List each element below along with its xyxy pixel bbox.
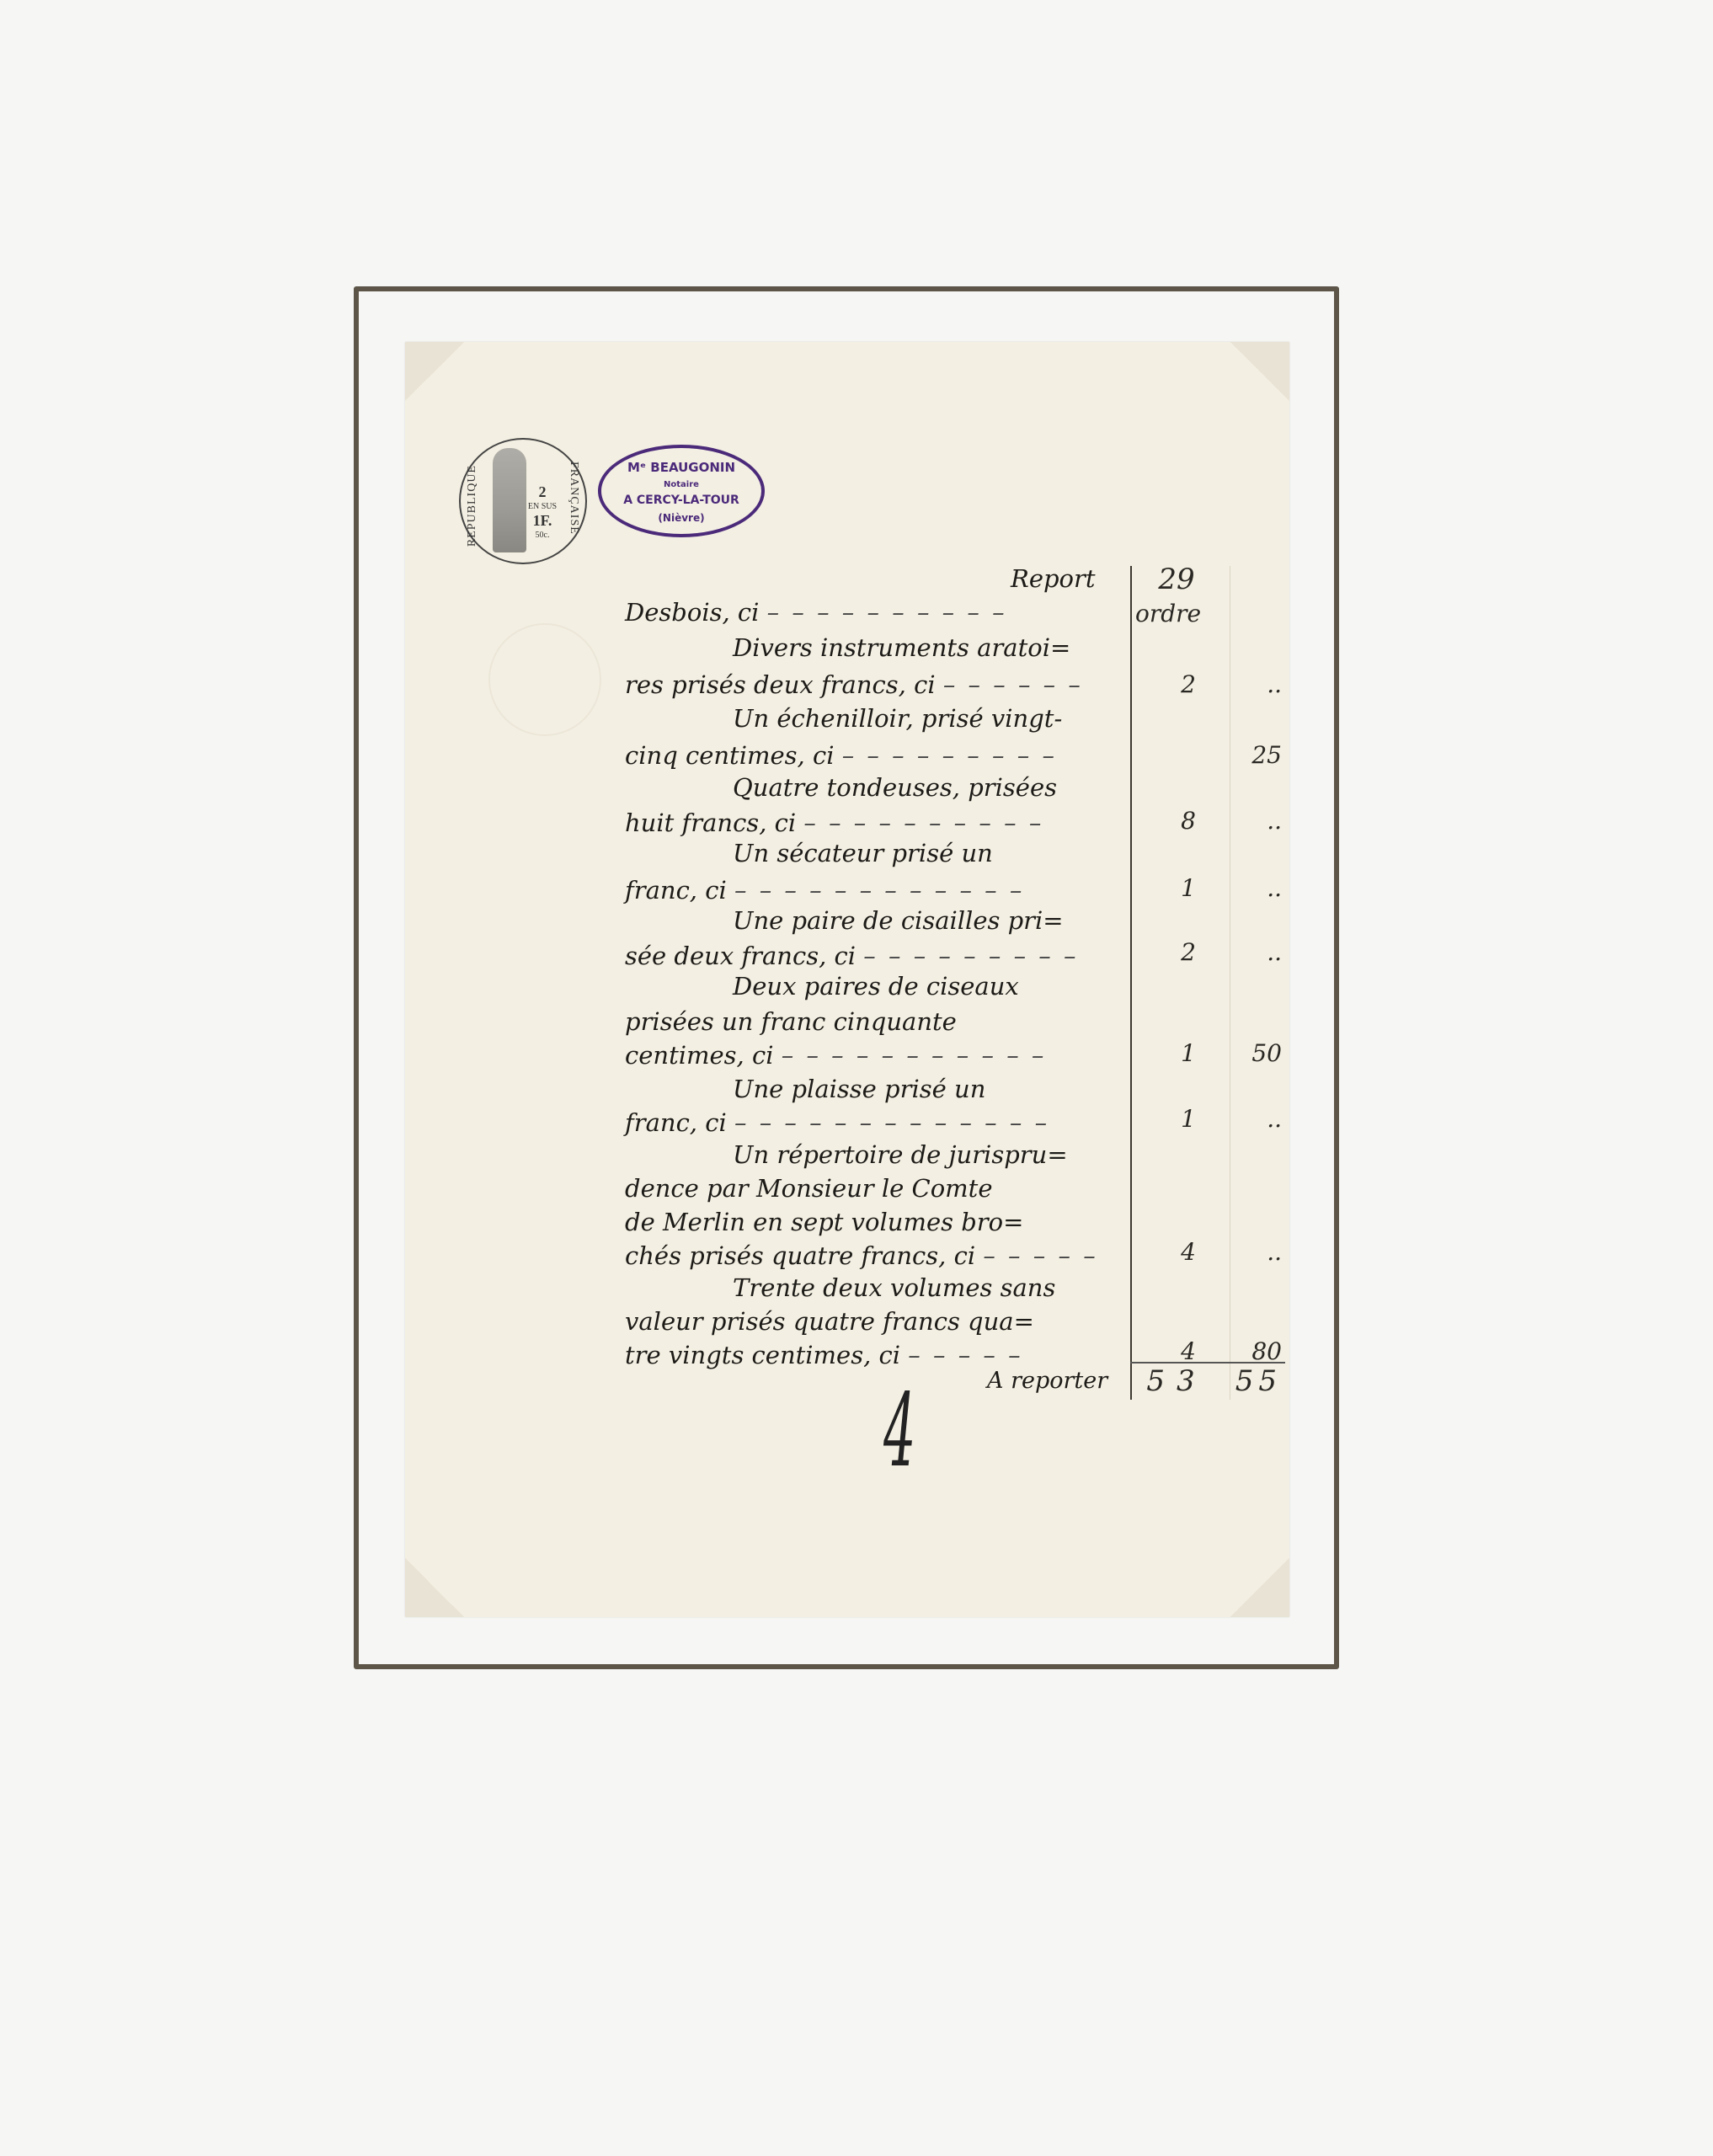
notary-stamp: Mᵉ BEAUGONIN Notaire A CERCY-LA-TOUR (Ni… <box>598 445 765 537</box>
carry-forward-francs: 53 <box>1139 1364 1214 1398</box>
entry-francs: 1 <box>1162 874 1196 902</box>
entry-centimes: .. <box>1231 874 1282 902</box>
entry-francs: 2 <box>1162 938 1196 966</box>
carry-forward-centimes: 55 <box>1231 1364 1282 1398</box>
entry-centimes: .. <box>1231 938 1282 966</box>
entry-centimes: 50 <box>1231 1039 1282 1067</box>
entry-line: chés prisés quatre francs, ci – – – – – <box>625 1241 1098 1270</box>
entry-francs: 4 <box>1162 1337 1196 1365</box>
entry-centimes: .. <box>1231 807 1282 835</box>
entry-line: valeur prisés quatre francs qua= <box>625 1307 1034 1336</box>
entry-francs: 4 <box>1162 1238 1196 1266</box>
pencil-page-mark: 4 <box>883 1381 915 1482</box>
photo-corner-top-right <box>1230 342 1289 401</box>
entry-francs: ordre <box>1135 600 1219 627</box>
entry-line: Une paire de cisailles pri= <box>733 906 1064 935</box>
marianne-figure-icon <box>493 448 526 552</box>
entry-line: Trente deux volumes sans <box>733 1273 1055 1302</box>
entry-centimes: 25 <box>1231 741 1282 769</box>
entry-line: sée deux francs, ci – – – – – – – – – <box>625 942 1079 970</box>
entry-line: Un répertoire de jurispru= <box>733 1140 1068 1169</box>
notary-department: (Nièvre) <box>601 512 761 524</box>
entry-line: franc, ci – – – – – – – – – – – – <box>625 876 1024 905</box>
entry-line: huit francs, ci – – – – – – – – – – <box>625 808 1043 837</box>
notary-title: Notaire <box>601 480 761 489</box>
entry-francs: 1 <box>1162 1039 1196 1067</box>
entry-line: de Merlin en sept volumes bro= <box>625 1208 1023 1236</box>
fiscal-stamp-seal: REPUBLIQUE FRANÇAISE 2 EN SUS 1F. 50c. <box>459 438 587 564</box>
entry-line: Une plaisse prisé un <box>733 1075 985 1103</box>
seal-left-text: REPUBLIQUE <box>466 465 479 547</box>
entry-line: Quatre tondeuses, prisées <box>733 773 1057 802</box>
entry-line: prisées un franc cinquante <box>625 1007 957 1036</box>
amount-column-divider <box>1130 566 1132 1400</box>
notary-name: Mᵉ BEAUGONIN <box>601 460 761 475</box>
entry-line: Un échenilloir, prisé vingt- <box>733 704 1062 733</box>
entry-line: tre vingts centimes, ci – – – – – <box>625 1341 1023 1369</box>
entry-line: cinq centimes, ci – – – – – – – – – <box>625 741 1057 770</box>
entry-centimes: 80 <box>1231 1337 1282 1365</box>
entry-centimes: .. <box>1231 1105 1282 1133</box>
entry-line: res prisés deux francs, ci – – – – – – <box>625 670 1083 699</box>
embossed-seal-ghost <box>488 623 601 736</box>
entry-francs: 1 <box>1162 1105 1196 1133</box>
photo-corner-bottom-left <box>405 1558 464 1617</box>
entry-line: franc, ci – – – – – – – – – – – – – <box>625 1108 1049 1137</box>
entry-francs: 2 <box>1162 670 1196 698</box>
entry-centimes: .. <box>1231 670 1282 698</box>
photo-corner-bottom-right <box>1230 1558 1289 1617</box>
entry-line: centimes, ci – – – – – – – – – – – <box>625 1041 1046 1070</box>
entry-line: Un sécateur prisé un <box>733 839 993 867</box>
carry-forward-label: A reporter <box>987 1368 1107 1394</box>
entry-francs: 8 <box>1162 807 1196 835</box>
entry-line: Desbois, ci – – – – – – – – – – <box>625 598 1007 627</box>
report-francs: 29 <box>1139 563 1214 596</box>
photo-corner-top-left <box>405 342 464 401</box>
report-label: Report <box>1011 564 1096 593</box>
entry-line: Divers instruments aratoi= <box>733 633 1070 662</box>
entry-line: Deux paires de ciseaux <box>733 972 1019 1001</box>
entry-line: dence par Monsieur le Comte <box>625 1174 993 1203</box>
seal-tax-value: 2 EN SUS 1F. 50c. <box>526 485 558 542</box>
seal-right-text: FRANÇAISE <box>567 462 580 535</box>
centimes-column-divider <box>1230 566 1230 1400</box>
entry-centimes: .. <box>1231 1238 1282 1266</box>
notary-town: A CERCY-LA-TOUR <box>601 494 761 507</box>
